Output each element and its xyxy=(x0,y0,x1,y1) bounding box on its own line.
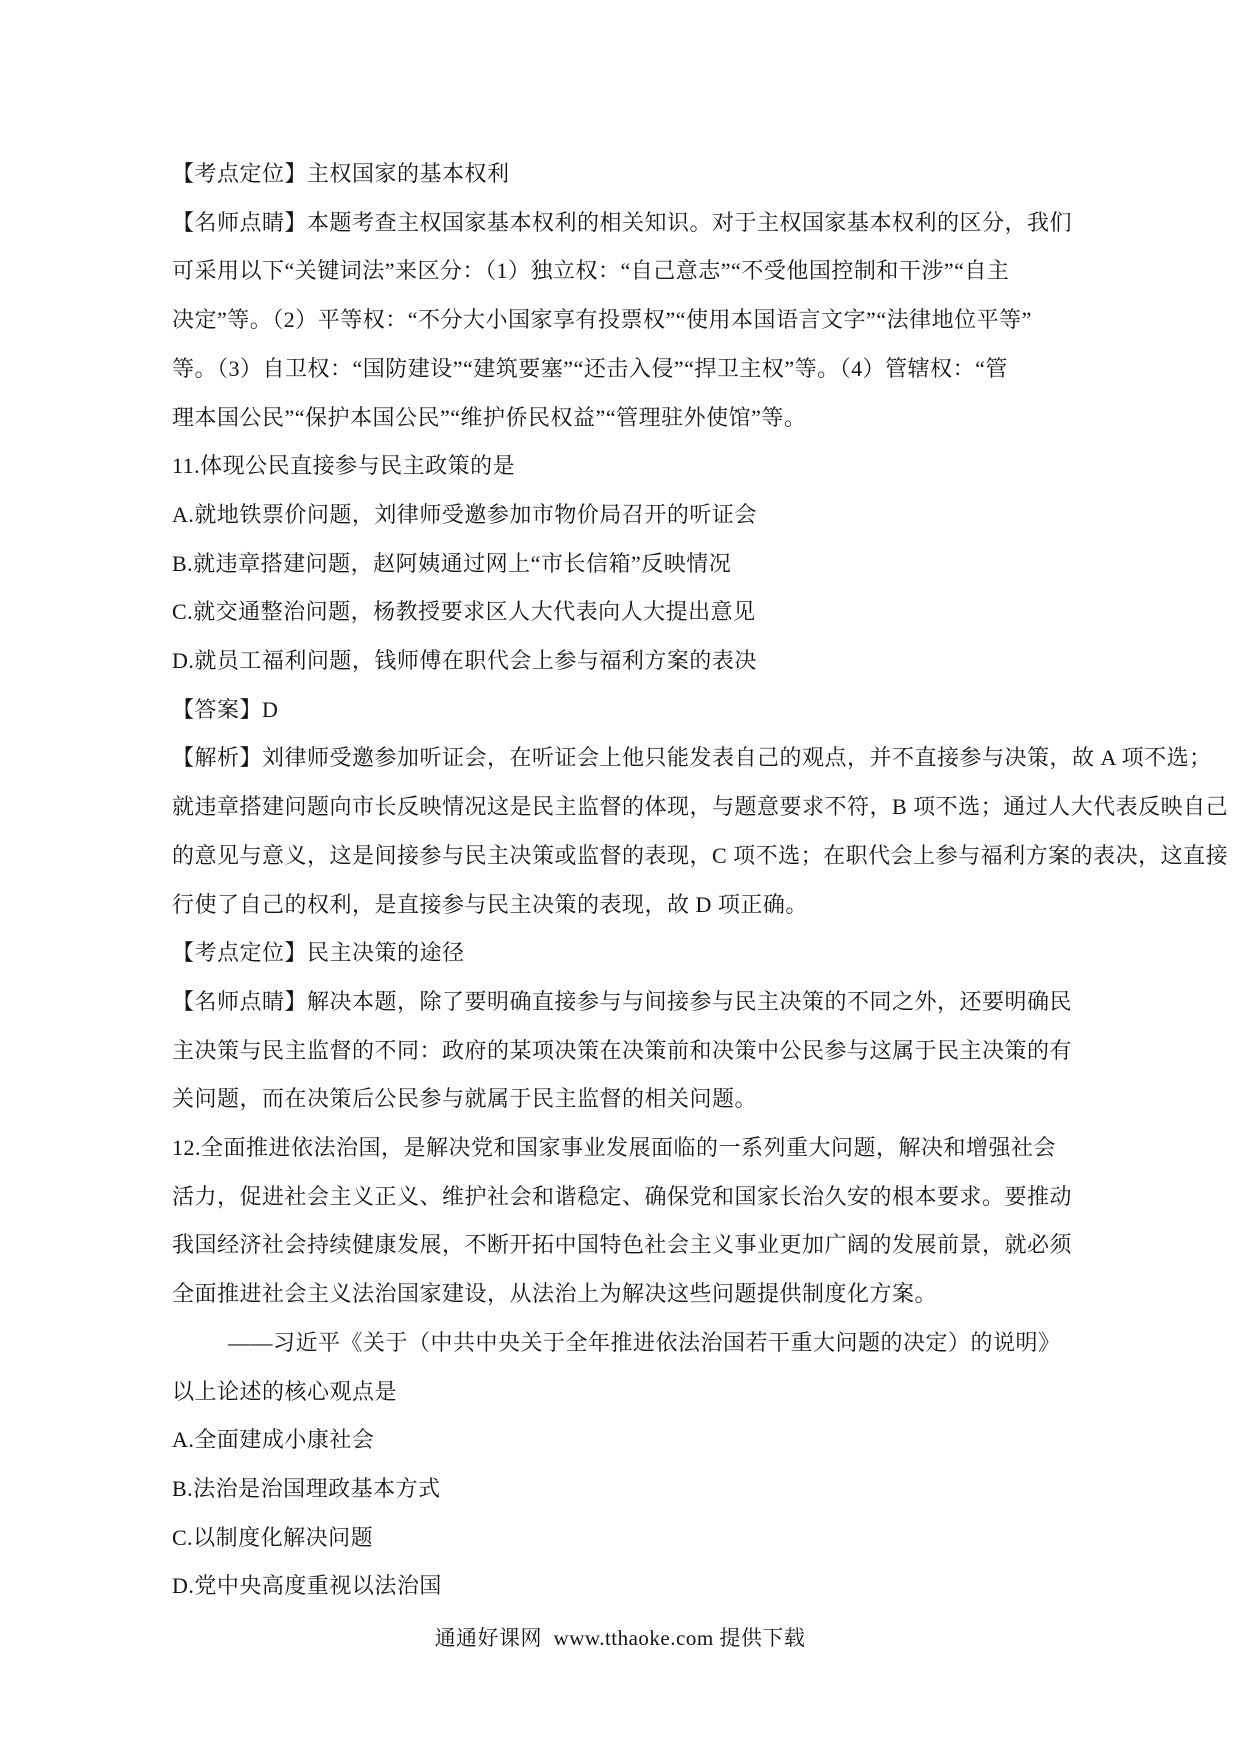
q10-mingshi-line-5: 理本国公民”“保护本国公民”“维护侨民权益”“管理驻外使馆”等。 xyxy=(172,394,1232,443)
q11-mingshi-line-3: 关问题，而在决策后公民参与就属于民主监督的相关问题。 xyxy=(172,1075,1232,1124)
q11-mingshi-line-2: 主决策与民主监督的不同：政府的某项决策在决策前和决策中公民参与这属于民主决策的有 xyxy=(172,1027,1232,1076)
q10-mingshi-line-1: 【名师点睛】本题考查主权国家基本权利的相关知识。对于主权国家基本权利的区分，我们 xyxy=(172,199,1232,248)
q11-option-c-line: C.就交通整治问题，杨教授要求区人大代表向人大提出意见 xyxy=(172,588,1232,637)
q12-stem-line-2: 活力，促进社会主义正义、维护社会和谐稳定、确保党和国家长治久安的根本要求。要推动 xyxy=(172,1173,1232,1222)
q11-answer-line: 【答案】D xyxy=(172,686,1232,735)
q11-kaodian-line: 【考点定位】民主决策的途径 xyxy=(172,929,1232,978)
q11-analysis-line-1: 【解析】刘律师受邀参加听证会，在听证会上他只能发表自己的观点，并不直接参与决策，… xyxy=(172,734,1232,783)
q12-stem-line-4: 全面推进社会主义法治国家建设，从法治上为解决这些问题提供制度化方案。 xyxy=(172,1270,1232,1319)
q12-option-c-line: C.以制度化解决问题 xyxy=(172,1514,1232,1563)
q11-mingshi-line-1: 【名师点睛】解决本题，除了要明确直接参与与间接参与民主决策的不同之外，还要明确民 xyxy=(172,978,1232,1027)
document-page: 【考点定位】主权国家的基本权利 【名师点睛】本题考查主权国家基本权利的相关知识。… xyxy=(0,0,1240,1754)
q12-option-d-line: D.党中央高度重视以法治国 xyxy=(172,1562,1232,1611)
q10-mingshi-line-2: 可采用以下“关键词法”来区分：（1）独立权：“自己意志”“不受他国控制和干涉”“… xyxy=(172,247,1232,296)
q11-option-a-line: A.就地铁票价问题，刘律师受邀参加市物价局召开的听证会 xyxy=(172,491,1232,540)
q12-quote-attribution-line: ——习近平《关于（中共中央关于全年推进依法治国若干重大问题的决定）的说明》 xyxy=(172,1319,1232,1368)
q12-stem-line-1: 12.全面推进依法治国，是解决党和国家事业发展面临的一系列重大问题，解决和增强社… xyxy=(172,1124,1232,1173)
q12-option-b-line: B.法治是治国理政基本方式 xyxy=(172,1465,1232,1514)
footer-source-text: 通通好课网 www.tthaoke.com 提供下载 xyxy=(0,1622,1240,1652)
q11-analysis-line-4: 行使了自己的权利，是直接参与民主决策的表现，故 D 项正确。 xyxy=(172,881,1232,930)
q11-stem-line: 11.体现公民直接参与民主政策的是 xyxy=(172,442,1232,491)
q11-analysis-line-3: 的意见与意义，这是间接参与民主决策或监督的表现，C 项不选；在职代会上参与福利方… xyxy=(172,832,1232,881)
exam-answer-document: 【考点定位】主权国家的基本权利 【名师点睛】本题考查主权国家基本权利的相关知识。… xyxy=(172,150,1232,1611)
q11-analysis-line-2: 就违章搭建问题向市长反映情况这是民主监督的体现，与题意要求不符，B 项不选；通过… xyxy=(172,783,1232,832)
q12-option-a-line: A.全面建成小康社会 xyxy=(172,1416,1232,1465)
q12-stem-line-3: 我国经济社会持续健康发展，不断开拓中国特色社会主义事业更加广阔的发展前景，就必须 xyxy=(172,1221,1232,1270)
q12-question-line: 以上论述的核心观点是 xyxy=(172,1368,1232,1417)
q10-kaodian-line: 【考点定位】主权国家的基本权利 xyxy=(172,150,1232,199)
q11-option-d-line: D.就员工福利问题，钱师傅在职代会上参与福利方案的表决 xyxy=(172,637,1232,686)
q10-mingshi-line-4: 等。（3）自卫权：“国防建设”“建筑要塞”“还击入侵”“捍卫主权”等。（4）管辖… xyxy=(172,345,1232,394)
q11-option-b-line: B.就违章搭建问题，赵阿姨通过网上“市长信箱”反映情况 xyxy=(172,540,1232,589)
q10-mingshi-line-3: 决定”等。（2）平等权：“不分大小国家享有投票权”“使用本国语言文字”“法律地位… xyxy=(172,296,1232,345)
